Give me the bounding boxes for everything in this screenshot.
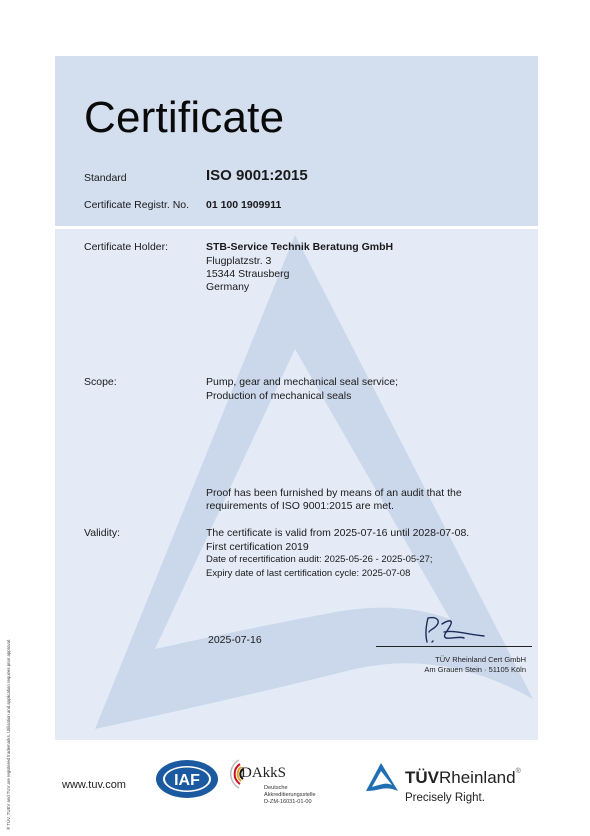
website-link[interactable]: www.tuv.com [62,779,126,791]
registr-label: Certificate Registr. No. [84,199,189,211]
issuer-name: TÜV Rheinland Cert GmbH [424,655,526,665]
tuv-rest: Rheinland [439,768,516,787]
holder-address-city: 15344 Strausberg [206,268,289,282]
standard-value: ISO 9001:2015 [206,169,308,183]
tuv-rheinland-wordmark: TÜVRheinland® [405,768,521,788]
signature-line [376,646,532,647]
registered-mark: ® [516,768,521,775]
scope-line-1: Pump, gear and mechanical seal service; [206,376,398,390]
proof-line-1: Proof has been furnished by means of an … [206,487,462,501]
dakks-details: Deutsche Akkreditierungsstelle D-ZM-1603… [264,785,316,806]
scope-line-2: Production of mechanical seals [206,390,351,404]
iaf-logo-icon: IAF [155,759,219,799]
dakks-line-1: Deutsche [264,785,316,792]
holder-label: Certificate Holder: [84,241,168,253]
tuv-slogan: Precisely Right. [405,792,485,804]
proof-line-2: requirements of ISO 9001:2015 are met. [206,500,394,514]
dakks-line-2: Akkreditierungsstelle [264,792,316,799]
holder-address-country: Germany [206,281,249,295]
dakks-logo-text: DAkkS [241,765,286,782]
dakks-line-3: D-ZM-16031-01-00 [264,799,316,806]
recertification-audit-date: Date of recertification audit: 2025-05-2… [206,553,433,566]
standard-label: Standard [84,172,127,184]
tuv-bold: TÜV [405,768,439,787]
expiry-last-cycle: Expiry date of last certification cycle:… [206,567,410,580]
svg-text:IAF: IAF [174,772,200,789]
validity-period: The certificate is valid from 2025-07-16… [206,527,469,541]
issuer-block: TÜV Rheinland Cert GmbH Am Grauen Stein … [424,655,526,674]
registr-value: 01 100 1909911 [206,199,281,213]
tuv-triangle-logo-icon [365,762,399,792]
trademark-note: ® TÜV, TUEV and TUV are registered trade… [6,530,11,830]
holder-name: STB-Service Technik Beratung GmbH [206,241,393,255]
page-title: Certificate [84,93,284,143]
validity-label: Validity: [84,527,120,539]
scope-label: Scope: [84,376,117,388]
signature-icon [420,614,490,646]
certificate-header: Certificate Standard ISO 9001:2015 Certi… [55,56,538,226]
holder-address-street: Flugplatzstr. 3 [206,255,271,269]
issue-date: 2025-07-16 [208,634,262,648]
issuer-address: Am Grauen Stein · 51105 Köln [424,665,526,675]
